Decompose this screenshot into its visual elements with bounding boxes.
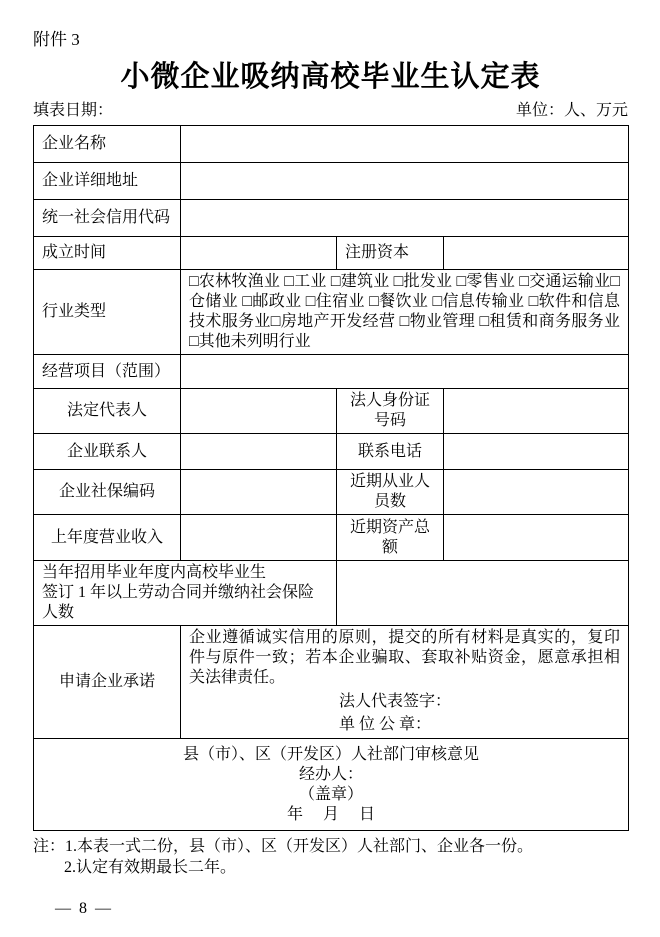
row-business-scope: 经营项目（范围） xyxy=(34,355,629,389)
fill-date-label: 填表日期： xyxy=(33,100,113,122)
row-industry-type: 行业类型 □农林牧渔业 □工业 □建筑业 □批发业 □零售业 □交通运输业□仓储… xyxy=(34,270,629,355)
company-address-label: 企业详细地址 xyxy=(34,163,181,200)
registered-capital-field[interactable] xyxy=(444,237,629,270)
contact-phone-field[interactable] xyxy=(444,434,629,470)
row-graduates-hired: 当年招用毕业年度内高校毕业生 签订 1 年以上劳动合同并缴纳社会保险人数 xyxy=(34,561,629,626)
establish-date-field[interactable] xyxy=(181,237,337,270)
page-title: 小微企业吸纳高校毕业生认定表 xyxy=(33,58,628,96)
review-date-label[interactable]: 年 月 日 xyxy=(42,805,620,825)
legal-rep-field[interactable] xyxy=(181,389,337,434)
legal-rep-id-field[interactable] xyxy=(444,389,629,434)
row-contact: 企业联系人 联系电话 xyxy=(34,434,629,470)
document-page: 附件 3 小微企业吸纳高校毕业生认定表 填表日期： 单位：人、万元 企业名称 企… xyxy=(0,0,660,937)
note-line-1: 注：1.本表一式二份，县（市）、区（开发区）人社部门、企业各一份。 xyxy=(33,836,628,857)
footnotes: 注：1.本表一式二份，县（市）、区（开发区）人社部门、企业各一份。 2.认定有效… xyxy=(33,836,628,878)
industry-options-checkboxes[interactable]: □农林牧渔业 □工业 □建筑业 □批发业 □零售业 □交通运输业□仓储业 □邮政… xyxy=(181,270,629,355)
graduates-hired-label-line1: 当年招用毕业年度内高校毕业生 xyxy=(42,563,328,583)
credit-code-label: 统一社会信用代码 xyxy=(34,200,181,237)
contact-person-field[interactable] xyxy=(181,434,337,470)
row-legal-rep: 法定代表人 法人身份证号码 xyxy=(34,389,629,434)
last-year-revenue-field[interactable] xyxy=(181,515,337,561)
social-security-code-field[interactable] xyxy=(181,470,337,515)
business-scope-field[interactable] xyxy=(181,355,629,389)
application-form-table: 企业名称 企业详细地址 统一社会信用代码 成立时间 注册资本 行业类型 □农林牧… xyxy=(33,125,629,831)
social-security-code-label: 企业社保编码 xyxy=(34,470,181,515)
recent-employees-field[interactable] xyxy=(444,470,629,515)
commitment-sign-block: 法人代表签字： 单 位 公 章： xyxy=(339,690,620,736)
credit-code-field[interactable] xyxy=(181,200,629,237)
row-revenue-assets: 上年度营业收入 近期资产总额 xyxy=(34,515,629,561)
commitment-paragraph: 企业遵循诚实信用的原则，提交的所有材料是真实的，复印件与原件一致；若本企业骗取、… xyxy=(189,628,620,688)
row-review-opinion: 县（市）、区（开发区）人社部门审核意见 经办人： （盖章） 年 月 日 xyxy=(34,739,629,831)
legal-rep-signature-label[interactable]: 法人代表签字： xyxy=(339,690,620,713)
recent-assets-field[interactable] xyxy=(444,515,629,561)
recent-employees-label: 近期从业人员数 xyxy=(337,470,444,515)
row-credit-code: 统一社会信用代码 xyxy=(34,200,629,237)
row-commitment: 申请企业承诺 企业遵循诚实信用的原则，提交的所有材料是真实的，复印件与原件一致；… xyxy=(34,626,629,739)
review-opinion-cell: 县（市）、区（开发区）人社部门审核意见 经办人： （盖章） 年 月 日 xyxy=(34,739,629,831)
contact-phone-label: 联系电话 xyxy=(337,434,444,470)
company-name-field[interactable] xyxy=(181,126,629,163)
graduates-hired-label-line2: 签订 1 年以上劳动合同并缴纳社会保险人数 xyxy=(42,583,328,623)
commitment-label: 申请企业承诺 xyxy=(34,626,181,739)
commitment-cell: 企业遵循诚实信用的原则，提交的所有材料是真实的，复印件与原件一致；若本企业骗取、… xyxy=(181,626,629,739)
row-social-security: 企业社保编码 近期从业人员数 xyxy=(34,470,629,515)
row-company-name: 企业名称 xyxy=(34,126,629,163)
legal-rep-id-label: 法人身份证号码 xyxy=(337,389,444,434)
attachment-label: 附件 3 xyxy=(33,28,628,52)
company-name-label: 企业名称 xyxy=(34,126,181,163)
review-handler-label[interactable]: 经办人： xyxy=(42,765,620,785)
graduates-hired-field[interactable] xyxy=(337,561,629,626)
business-scope-label: 经营项目（范围） xyxy=(34,355,181,389)
page-number: — 8 — xyxy=(55,900,628,918)
unit-label: 单位：人、万元 xyxy=(516,100,628,122)
establish-date-label: 成立时间 xyxy=(34,237,181,270)
review-seal-label: （盖章） xyxy=(42,785,620,805)
industry-type-label: 行业类型 xyxy=(34,270,181,355)
row-company-address: 企业详细地址 xyxy=(34,163,629,200)
legal-rep-label: 法定代表人 xyxy=(34,389,181,434)
last-year-revenue-label: 上年度营业收入 xyxy=(34,515,181,561)
company-seal-label[interactable]: 单 位 公 章： xyxy=(339,713,620,736)
company-address-field[interactable] xyxy=(181,163,629,200)
note-line-2: 2.认定有效期最长二年。 xyxy=(64,857,628,878)
review-section-title: 县（市）、区（开发区）人社部门审核意见 xyxy=(42,745,620,765)
row-establish-capital: 成立时间 注册资本 xyxy=(34,237,629,270)
graduates-hired-label: 当年招用毕业年度内高校毕业生 签订 1 年以上劳动合同并缴纳社会保险人数 xyxy=(34,561,337,626)
registered-capital-label: 注册资本 xyxy=(337,237,444,270)
recent-assets-label: 近期资产总额 xyxy=(337,515,444,561)
contact-person-label: 企业联系人 xyxy=(34,434,181,470)
pre-table-row: 填表日期： 单位：人、万元 xyxy=(33,100,628,122)
